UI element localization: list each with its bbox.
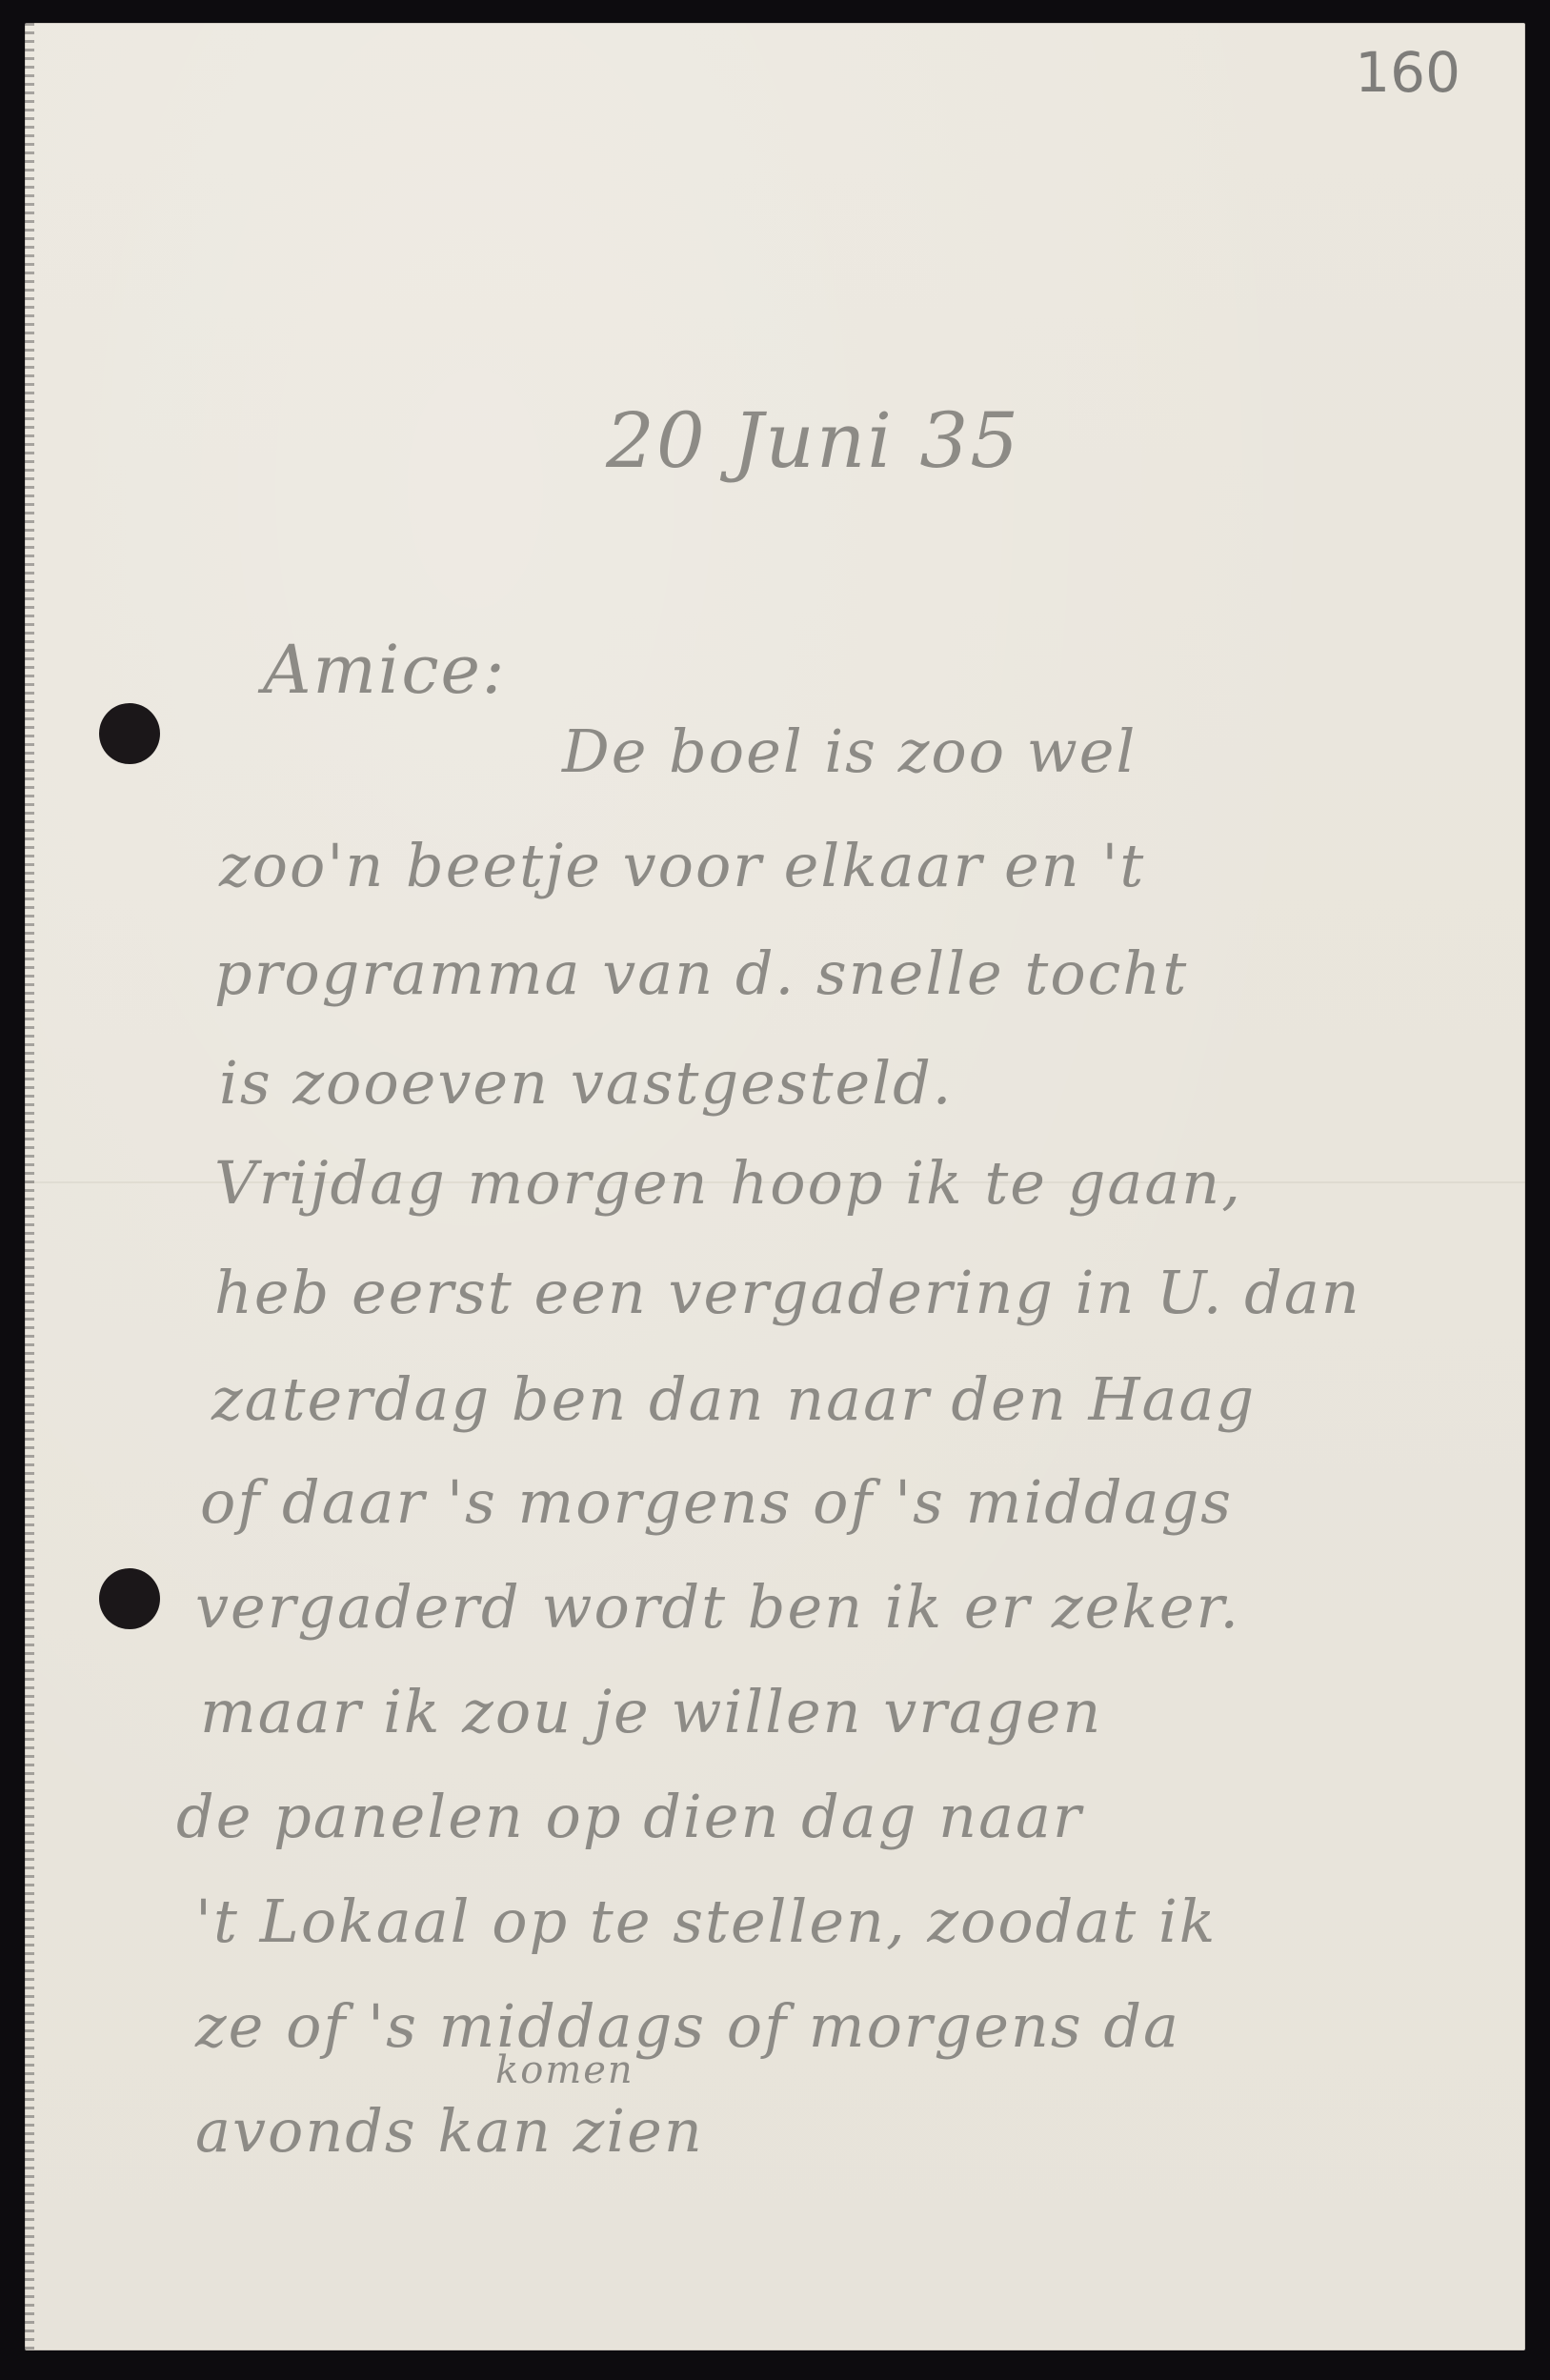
handwritten-line: De boel is zoo wel bbox=[562, 716, 1137, 786]
handwritten-line: ze of 's middags of morgens da bbox=[195, 1991, 1180, 2061]
handwritten-line: zaterdag ben dan naar den Haag bbox=[211, 1364, 1256, 1434]
torn-left-edge bbox=[25, 23, 34, 2350]
page-number: 160 bbox=[1355, 40, 1460, 105]
handwritten-line: de panelen op dien dag naar bbox=[176, 1782, 1083, 1851]
interlinear-insertion: komen bbox=[495, 2048, 634, 2092]
handwritten-line: Vrijdag morgen hoop ik te gaan, bbox=[214, 1148, 1242, 1218]
handwritten-line: heb eerst een vergadering in U. dan bbox=[214, 1258, 1361, 1327]
handwritten-line: programma van d. snelle tocht bbox=[214, 938, 1188, 1008]
punch-hole bbox=[99, 1568, 160, 1629]
handwritten-line: vergaderd wordt ben ik er zeker. bbox=[195, 1572, 1240, 1642]
letter-sheet: 160 20 Juni 35 Amice: De boel is zoo wel… bbox=[25, 23, 1525, 2350]
handwritten-line: maar ik zou je willen vragen bbox=[200, 1677, 1102, 1746]
handwritten-line: avonds kan zien bbox=[195, 2096, 704, 2166]
handwritten-line: of daar 's morgens of 's middags bbox=[200, 1467, 1233, 1537]
punch-hole bbox=[99, 703, 160, 764]
letter-date: 20 Juni 35 bbox=[606, 396, 1020, 485]
handwritten-line: zoo'n beetje voor elkaar en 't bbox=[219, 831, 1145, 900]
handwritten-line: is zooeven vastgesteld. bbox=[219, 1048, 953, 1118]
handwritten-line: 't Lokaal op te stellen, zoodat ik bbox=[195, 1886, 1217, 1956]
letter-salutation: Amice: bbox=[263, 631, 507, 709]
